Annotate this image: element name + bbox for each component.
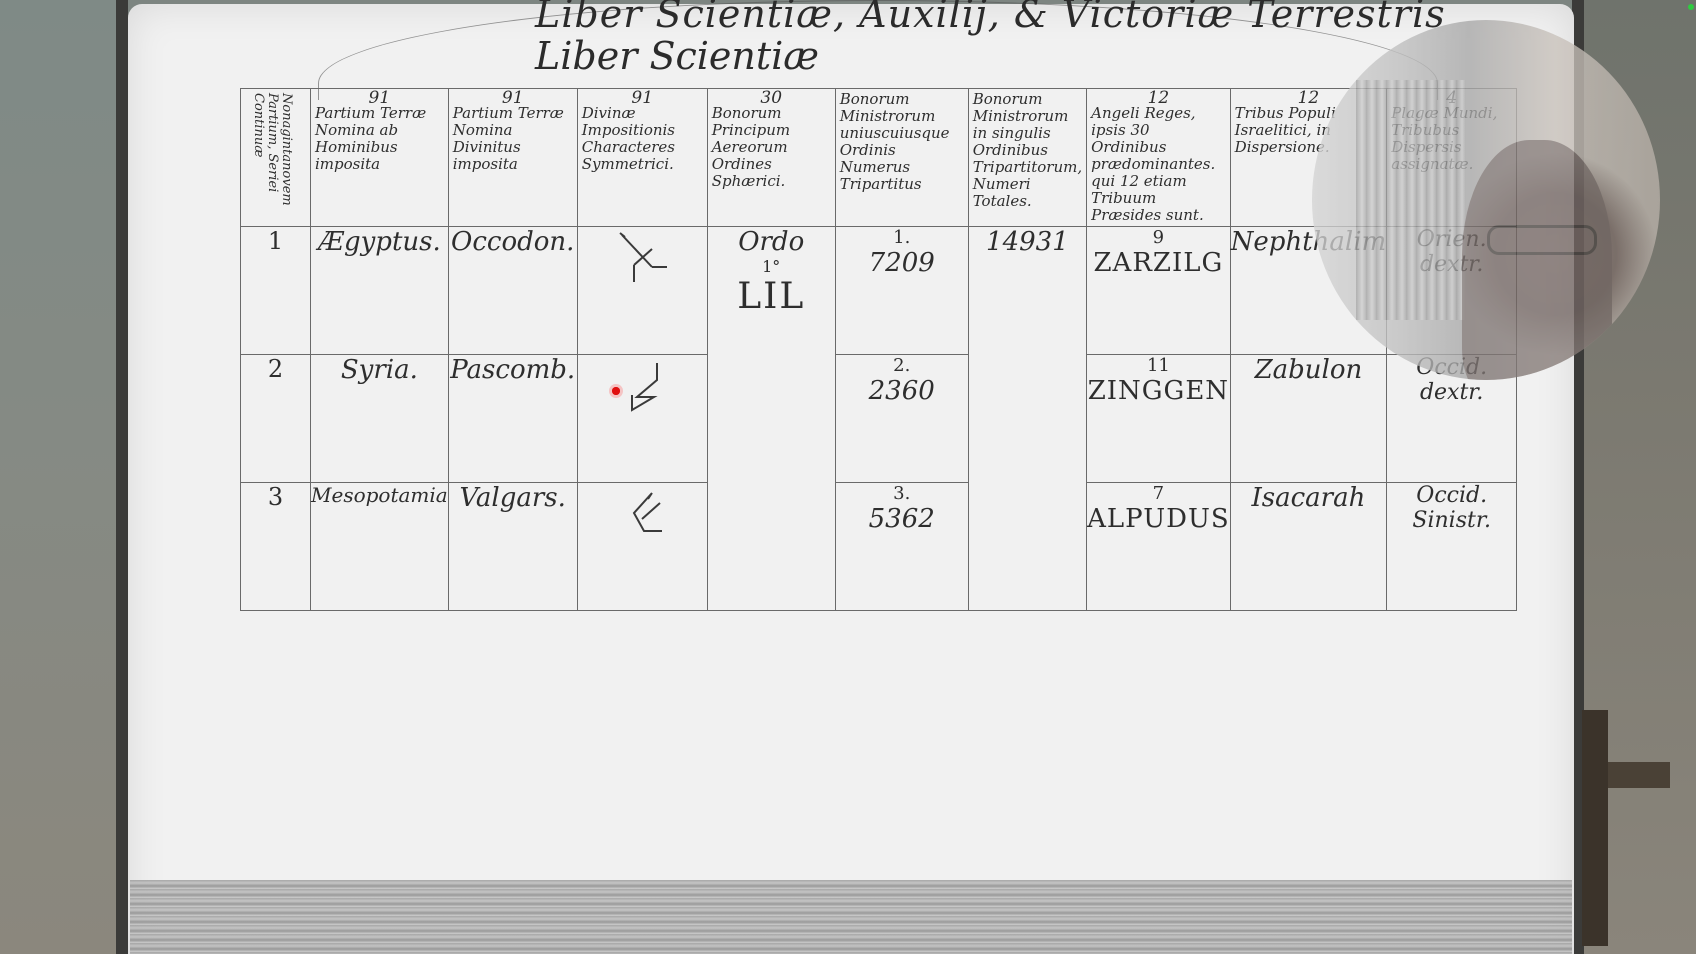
recording-status-icon xyxy=(1688,4,1694,10)
manuscript-title: Liber Scientiæ, Auxilij, & Victoriæ Terr… xyxy=(535,0,1446,36)
character-glyph-icon xyxy=(577,227,707,355)
divine-name: Valgars. xyxy=(448,483,577,611)
glasses-shape xyxy=(1487,225,1597,255)
table-row: 2 Syria. Pascomb. 2. 2360 11 ZINGGEN Zab… xyxy=(241,355,1517,483)
background-left xyxy=(0,0,118,954)
header-aerial-princes: 30Bonorum Principum Aereorum Ordines Sph… xyxy=(707,89,835,227)
bookshelf-image xyxy=(1356,80,1466,320)
header-characters: 91Divinæ Impositionis Characteres Symmet… xyxy=(577,89,707,227)
page-edge-stack xyxy=(130,880,1572,954)
hinge-bracket xyxy=(1582,710,1608,946)
divine-name: Pascomb. xyxy=(448,355,577,483)
angel-king: 11 ZINGGEN xyxy=(1087,355,1231,483)
minister-count: 3. 5362 xyxy=(835,483,968,611)
header-series: Nonagintanovem Partium, Seriei Continuæ xyxy=(241,89,311,227)
angel-king: 9 ZARZILG xyxy=(1087,227,1231,355)
mouse-cursor-indicator xyxy=(609,384,623,398)
minister-total: 14931 xyxy=(968,227,1086,611)
table-row: 3 Mesopotamia Valgars. 3. 5362 7 ALPUDUS… xyxy=(241,483,1517,611)
divine-name: Occodon. xyxy=(448,227,577,355)
human-name: Syria. xyxy=(311,355,449,483)
webcam-overlay xyxy=(1312,20,1660,380)
tribe-name: Zabulon xyxy=(1230,355,1387,483)
row-number: 3 xyxy=(241,483,311,611)
row-number: 1 xyxy=(241,227,311,355)
minister-count: 2. 2360 xyxy=(835,355,968,483)
character-glyph-icon xyxy=(577,355,707,483)
header-angel-kings: 12Angeli Reges, ipsis 30 Ordinibus prædo… xyxy=(1087,89,1231,227)
hinge-bracket-arm xyxy=(1608,762,1670,788)
ordo-cell: Ordo 1° LIL xyxy=(707,227,835,611)
character-glyph-icon xyxy=(577,483,707,611)
header-human-names: 91Partium Terræ Nomina ab Hominibus impo… xyxy=(311,89,449,227)
human-name: Mesopotamia xyxy=(311,483,449,611)
frame-edge-left xyxy=(116,0,128,954)
tribe-name: Isacarah xyxy=(1230,483,1387,611)
human-name: Ægyptus. xyxy=(311,227,449,355)
header-divine-names: 91Partium Terræ Nomina Divinitus imposit… xyxy=(448,89,577,227)
angel-king: 7 ALPUDUS xyxy=(1087,483,1231,611)
minister-count: 1. 7209 xyxy=(835,227,968,355)
manuscript-subtitle: Liber Scientiæ xyxy=(535,34,819,78)
row-number: 2 xyxy=(241,355,311,483)
header-ministers-total: Bonorum Ministrorum in singulis Ordinibu… xyxy=(968,89,1086,227)
world-region: Occid. Sinistr. xyxy=(1387,483,1517,611)
header-ministers-tripartite: Bonorum Ministrorum uniuscuiusque Ordini… xyxy=(835,89,968,227)
presenter-image xyxy=(1462,140,1612,380)
